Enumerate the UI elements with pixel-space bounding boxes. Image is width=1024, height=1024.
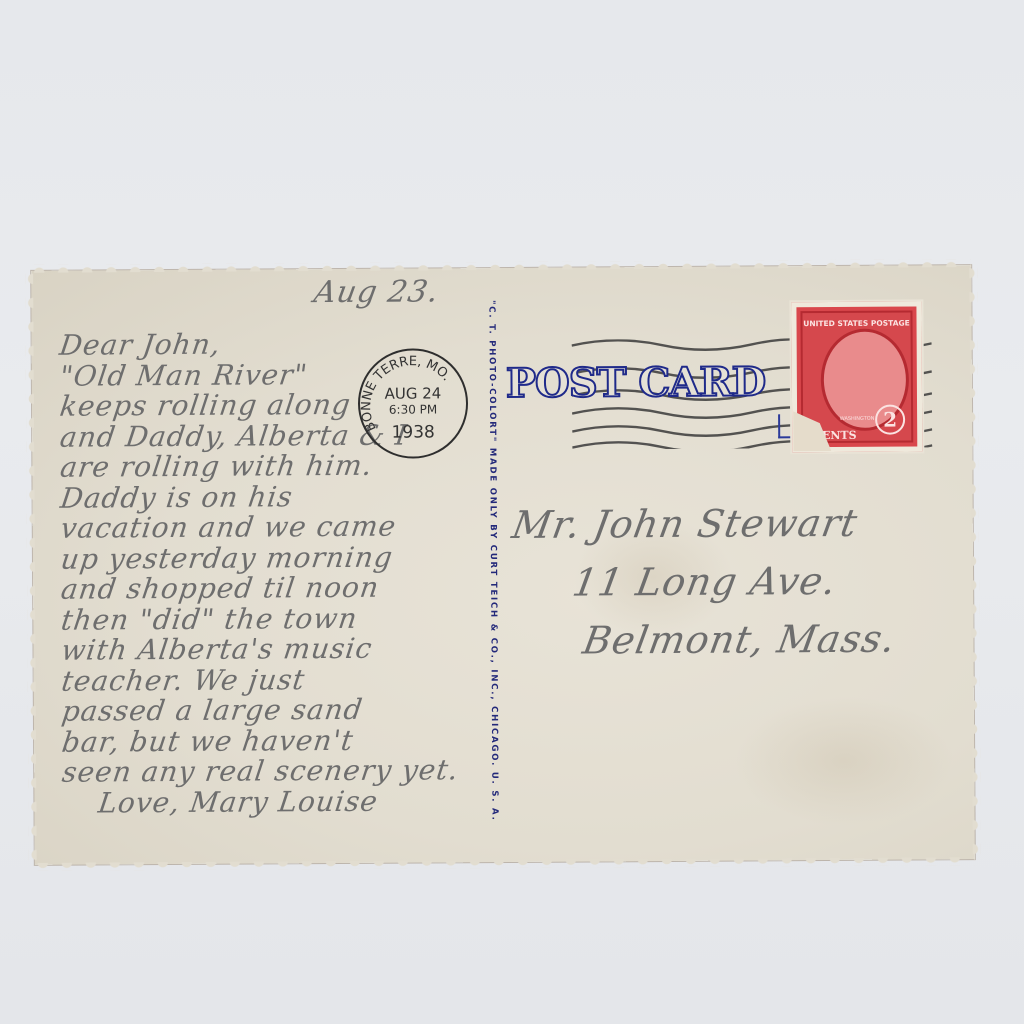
message-line: and shopped til noon: [59, 572, 459, 605]
message-line: seen any real scenery yet.: [60, 755, 460, 788]
deckle-edge-right: [969, 265, 981, 859]
address-line: Mr. John Stewart: [508, 494, 900, 554]
address-line: Belmont, Mass.: [509, 610, 901, 670]
message-date: Aug 23.: [311, 274, 441, 310]
postmark: BONNE TERRE, MO. AUG 24 6:30 PM 1938: [358, 348, 469, 459]
stamp-country-text: UNITED STATES POSTAGE: [803, 319, 911, 329]
message-line: then "did" the town: [59, 603, 459, 636]
address-line: 11 Long Ave.: [508, 552, 900, 612]
message-line: teacher. We just: [60, 664, 460, 697]
message-line: passed a large sand: [60, 694, 460, 727]
message-line: Daddy is on his: [59, 481, 459, 514]
recipient-address: Mr. John Stewart 11 Long Ave. Belmont, M…: [513, 494, 896, 670]
message-line: vacation and we came: [59, 511, 459, 544]
postcard: Aug 23. Dear John, "Old Man River" keeps…: [31, 265, 975, 865]
post-card-heading: POST CARD: [506, 358, 766, 407]
stamp-value: 2: [875, 405, 905, 435]
deckle-edge-bottom: [35, 857, 975, 871]
message-line: Love, Mary Louise: [60, 786, 460, 819]
postmark-year: 1938: [360, 422, 466, 443]
postage-stamp: UNITED STATES POSTAGE WASHINGTON CENTS 2: [791, 301, 922, 452]
paper-stain: [734, 695, 955, 826]
publisher-imprint: "C. T. PHOTO-COLORT" MADE ONLY BY CURT T…: [476, 300, 499, 830]
deckle-edge-left: [25, 271, 37, 865]
postmark-date: AUG 24: [360, 384, 466, 403]
deckle-edge-top: [31, 259, 971, 273]
postmark-time: 6:30 PM: [360, 402, 466, 417]
message-line: with Alberta's music: [59, 633, 459, 666]
message-line: up yesterday morning: [59, 542, 459, 575]
